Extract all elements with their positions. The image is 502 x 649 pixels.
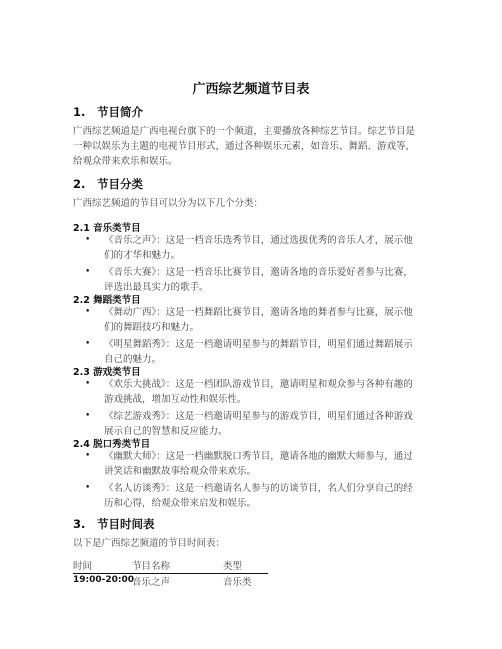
section-number: 3. — [73, 517, 97, 531]
subsection-heading-dance: 2.2 舞蹈类节目 — [73, 292, 141, 306]
section-title: 节目简介 — [97, 105, 143, 119]
bullet-icon: • — [85, 409, 90, 424]
list-item-text: 《名人访谈秀》：这是一档邀请名人参与的访谈节目，名人们分享自己的经 — [104, 481, 445, 496]
bullet-icon: • — [85, 377, 90, 392]
list-item: • 《综艺游戏秀》：这是一档邀请明星参与的游戏节目，明星们通过各种游戏 展示自己… — [85, 409, 445, 439]
table-header-row: 时间 节目名称 类型 — [73, 558, 268, 574]
intro-paragraph: 广西综艺频道是广西电视台旗下的一个频道，主要播放各种综艺节目。综艺节目是 一种以… — [73, 124, 443, 169]
list-item: • 《名人访谈秀》：这是一档邀请名人参与的访谈节目，名人们分享自己的经 历和心得… — [85, 481, 445, 511]
column-header-type: 类型 — [223, 558, 242, 572]
list-item-text: 讲笑话和幽默故事给观众带来欢乐。 — [104, 464, 445, 479]
list-item-text: 《音乐之声》：这是一档音乐选秀节目，通过选拔优秀的音乐人才，展示他 — [104, 233, 445, 248]
bullet-icon: • — [85, 337, 90, 352]
list-item-text: 《舞动广西》：这是一档舞蹈比赛节目，邀请各地的舞者参与比赛，展示他 — [104, 305, 445, 320]
list-item: • 《音乐大赛》：这是一档音乐比赛节目，邀请各地的音乐爱好者参与比赛， 评选出最… — [85, 265, 445, 295]
list-item: • 《欢乐大挑战》：这是一档团队游戏节目，邀请明星和观众参与各种有趣的 游戏挑战… — [85, 377, 445, 407]
bullet-icon: • — [85, 449, 90, 464]
table-row: 19:00-20:00 音乐之声 音乐类 — [73, 574, 268, 589]
list-item: • 《音乐之声》：这是一档音乐选秀节目，通过选拔优秀的音乐人才，展示他 们的才华… — [85, 233, 445, 263]
list-item-text: 自己的魅力。 — [104, 352, 445, 367]
list-item-text: 《幽默大师》：这是一档幽默脱口秀节目，邀请各地的幽默大师参与，通过 — [104, 449, 445, 464]
cell-program: 音乐之声 — [132, 574, 170, 588]
list-item-text: 评选出最具实力的歌手。 — [104, 280, 445, 295]
subsection-heading-games: 2.3 游戏类节目 — [73, 364, 141, 378]
list-item-text: 《综艺游戏秀》：这是一档邀请明星参与的游戏节目，明星们通过各种游戏 — [104, 409, 445, 424]
section-heading-2: 2.节目分类 — [73, 176, 143, 192]
column-header-time: 时间 — [73, 558, 92, 572]
list-item-text: 展示自己的智慧和反应能力。 — [104, 424, 445, 439]
section-number: 2. — [73, 177, 97, 191]
paragraph-line: 给观众带来欢乐和娱乐。 — [73, 154, 443, 169]
section-number: 1. — [73, 105, 97, 119]
cell-time: 19:00-20:00 — [73, 575, 134, 585]
paragraph-line: 一种以娱乐为主题的电视节目形式，通过各种娱乐元素，如音乐、舞蹈、游戏等， — [73, 139, 443, 154]
schedule-table: 时间 节目名称 类型 19:00-20:00 音乐之声 音乐类 — [73, 558, 268, 589]
categories-intro: 广西综艺频道的节目可以分为以下几个分类： — [73, 196, 443, 211]
list-item-text: 历和心得，给观众带来启发和娱乐。 — [104, 496, 445, 511]
list-item-text: 《音乐大赛》：这是一档音乐比赛节目，邀请各地的音乐爱好者参与比赛， — [104, 265, 445, 280]
document-page: 广西综艺频道节目表 1.节目简介 广西综艺频道是广西电视台旗下的一个频道，主要播… — [0, 0, 502, 649]
section-title: 节目分类 — [97, 177, 143, 191]
list-item: • 《幽默大师》：这是一档幽默脱口秀节目，邀请各地的幽默大师参与，通过 讲笑话和… — [85, 449, 445, 479]
list-item-text: 们的舞蹈技巧和魅力。 — [104, 320, 445, 335]
subsection-heading-music: 2.1 音乐类节目 — [73, 220, 141, 234]
list-item: • 《舞动广西》：这是一档舞蹈比赛节目，邀请各地的舞者参与比赛，展示他 们的舞蹈… — [85, 305, 445, 335]
bullet-icon: • — [85, 265, 90, 280]
list-item-text: 们的才华和魅力。 — [104, 248, 445, 263]
bullet-icon: • — [85, 233, 90, 248]
section-heading-1: 1.节目简介 — [73, 104, 143, 120]
schedule-intro: 以下是广西综艺频道的节目时间表： — [73, 536, 443, 551]
document-title: 广西综艺频道节目表 — [0, 78, 502, 97]
paragraph-line: 广西综艺频道是广西电视台旗下的一个频道，主要播放各种综艺节目。综艺节目是 — [73, 124, 443, 139]
list-item-text: 《明星舞蹈秀》：这是一档邀请明星参与的舞蹈节目，明星们通过舞蹈展示 — [104, 337, 445, 352]
list-item: • 《明星舞蹈秀》：这是一档邀请明星参与的舞蹈节目，明星们通过舞蹈展示 自己的魅… — [85, 337, 445, 367]
bullet-icon: • — [85, 305, 90, 320]
cell-type: 音乐类 — [223, 574, 252, 588]
section-heading-3: 3.节目时间表 — [73, 516, 155, 532]
list-item-text: 《欢乐大挑战》：这是一档团队游戏节目，邀请明星和观众参与各种有趣的 — [104, 377, 445, 392]
column-header-program: 节目名称 — [132, 558, 170, 572]
bullet-icon: • — [85, 481, 90, 496]
subsection-heading-talkshow: 2.4 脱口秀类节目 — [73, 436, 150, 450]
section-title: 节目时间表 — [97, 517, 155, 531]
list-item-text: 游戏挑战，增加互动性和娱乐性。 — [104, 392, 445, 407]
